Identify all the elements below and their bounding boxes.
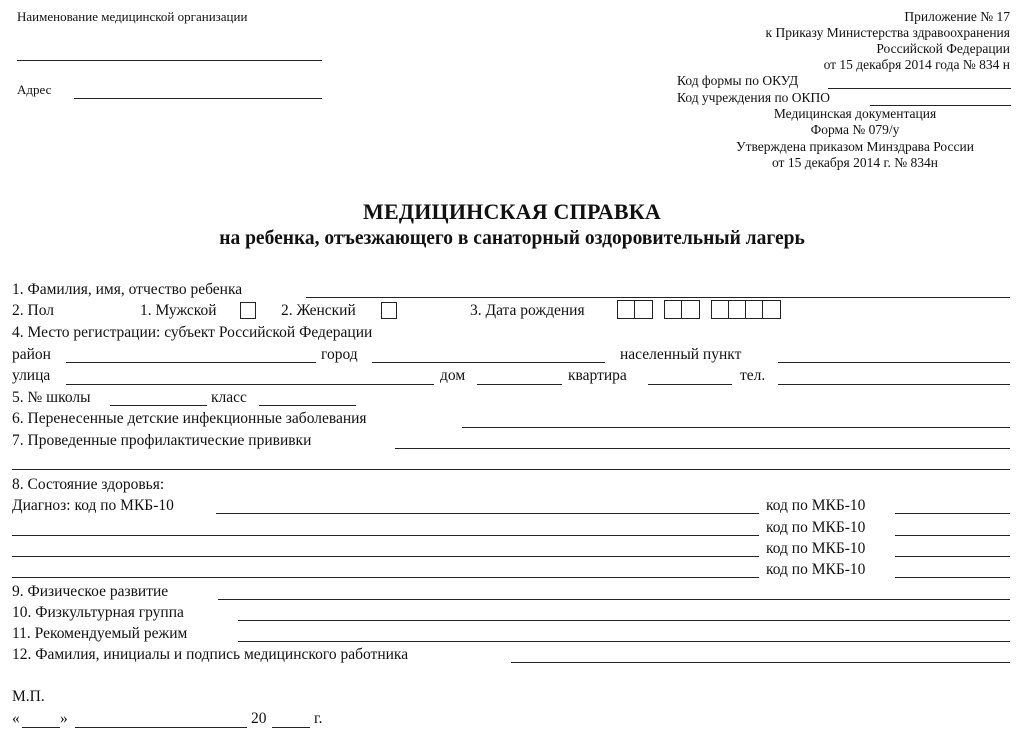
city-label: город [321, 346, 358, 364]
health-status-label: 8. Состояние здоровья: [12, 476, 164, 494]
class-label: класс [211, 389, 247, 407]
vaccinations-field[interactable] [395, 448, 1010, 449]
house-label: дом [440, 367, 465, 385]
icd-code-field-3[interactable] [895, 556, 1010, 557]
settlement-label: населенный пункт [620, 346, 741, 364]
sex-male-checkbox[interactable] [240, 302, 256, 319]
phone-label: тел. [740, 367, 765, 385]
year-prefix: 20 [251, 710, 267, 728]
document-title: МЕДИЦИНСКАЯ СПРАВКА [0, 199, 1024, 225]
date-close-quote: » [60, 710, 68, 728]
vaccinations-label: 7. Проведенные профилактические прививки [12, 432, 311, 450]
icd-code-label-4: код по МКБ-10 [766, 561, 865, 579]
house-field[interactable] [477, 384, 562, 385]
child-name-field[interactable] [306, 297, 1010, 298]
registration-label: 4. Место регистрации: субъект Российской… [12, 324, 372, 342]
appendix-label: Приложение № 17 [904, 9, 1010, 25]
physical-development-label: 9. Физическое развитие [12, 583, 168, 601]
settlement-field[interactable] [778, 362, 1010, 363]
sex-label: 2. Пол [12, 302, 54, 320]
district-field[interactable] [66, 362, 316, 363]
icd-code-label-2: код по МКБ-10 [766, 519, 865, 537]
year-suffix: г. [314, 710, 322, 728]
city-field[interactable] [372, 362, 605, 363]
street-label: улица [12, 367, 50, 385]
birth-date-label: 3. Дата рождения [470, 302, 585, 320]
approved-date: от 15 декабря 2014 г. № 834н [690, 155, 1020, 171]
birth-year-boxes[interactable] [711, 300, 781, 319]
regimen-field[interactable] [238, 641, 1010, 642]
street-field[interactable] [66, 384, 434, 385]
district-label: район [12, 346, 51, 364]
diagnosis-field-1[interactable] [216, 513, 759, 514]
address-label: Адрес [17, 82, 51, 98]
org-name-field[interactable] [17, 60, 322, 61]
icd-code-field-2[interactable] [895, 535, 1010, 536]
icd-code-field-1[interactable] [895, 513, 1010, 514]
apartment-label: квартира [568, 367, 627, 385]
form-number: Форма № 079/у [690, 122, 1020, 138]
school-label: 5. № школы [12, 389, 91, 407]
birth-day-boxes[interactable] [617, 300, 653, 319]
year-field[interactable] [272, 727, 310, 728]
pe-group-label: 10. Физкультурная группа [12, 604, 184, 622]
sex-female-checkbox[interactable] [381, 302, 397, 319]
diagnosis-field-4[interactable] [12, 577, 759, 578]
org-name-label: Наименование медицинской организации [17, 9, 247, 25]
birth-month-boxes[interactable] [664, 300, 700, 319]
day-field[interactable] [22, 727, 60, 728]
infections-field[interactable] [462, 427, 1010, 428]
order-line1: к Приказу Министерства здравоохранения [766, 25, 1010, 41]
pe-group-field[interactable] [238, 620, 1010, 621]
sex-male-label: 1. Мужской [140, 302, 217, 320]
signature-field[interactable] [511, 662, 1010, 663]
icd-code-label-1: код по МКБ-10 [766, 497, 865, 515]
regimen-label: 11. Рекомендуемый режим [12, 625, 187, 643]
approved-label: Утверждена приказом Минздрава России [690, 139, 1020, 155]
stamp-label: М.П. [12, 688, 45, 706]
address-field[interactable] [74, 98, 322, 99]
icd-code-label-3: код по МКБ-10 [766, 540, 865, 558]
infections-label: 6. Перенесенные детские инфекционные заб… [12, 410, 367, 428]
child-name-label: 1. Фамилия, имя, отчество ребенка [12, 281, 242, 299]
okud-field[interactable] [828, 88, 1011, 89]
month-field[interactable] [75, 727, 247, 728]
class-field[interactable] [259, 405, 356, 406]
signature-label: 12. Фамилия, инициалы и подпись медицинс… [12, 646, 408, 664]
document-subtitle: на ребенка, отъезжающего в санаторный оз… [0, 228, 1024, 250]
school-field[interactable] [110, 405, 207, 406]
order-date: от 15 декабря 2014 года № 834 н [824, 57, 1010, 73]
okpo-label: Код учреждения по ОКПО [677, 90, 830, 106]
vaccinations-field-continued[interactable] [12, 469, 1010, 470]
okud-label: Код формы по ОКУД [677, 73, 798, 89]
physical-development-field[interactable] [218, 599, 1010, 600]
phone-field[interactable] [778, 384, 1010, 385]
date-open-quote: « [12, 710, 20, 728]
icd-code-field-4[interactable] [895, 577, 1010, 578]
sex-female-label: 2. Женский [281, 302, 356, 320]
med-doc-label: Медицинская документация [690, 106, 1020, 122]
diagnosis-label: Диагноз: код по МКБ-10 [12, 497, 174, 515]
diagnosis-field-2[interactable] [12, 535, 759, 536]
apartment-field[interactable] [648, 384, 732, 385]
diagnosis-field-3[interactable] [12, 556, 759, 557]
order-line2: Российской Федерации [876, 41, 1010, 57]
